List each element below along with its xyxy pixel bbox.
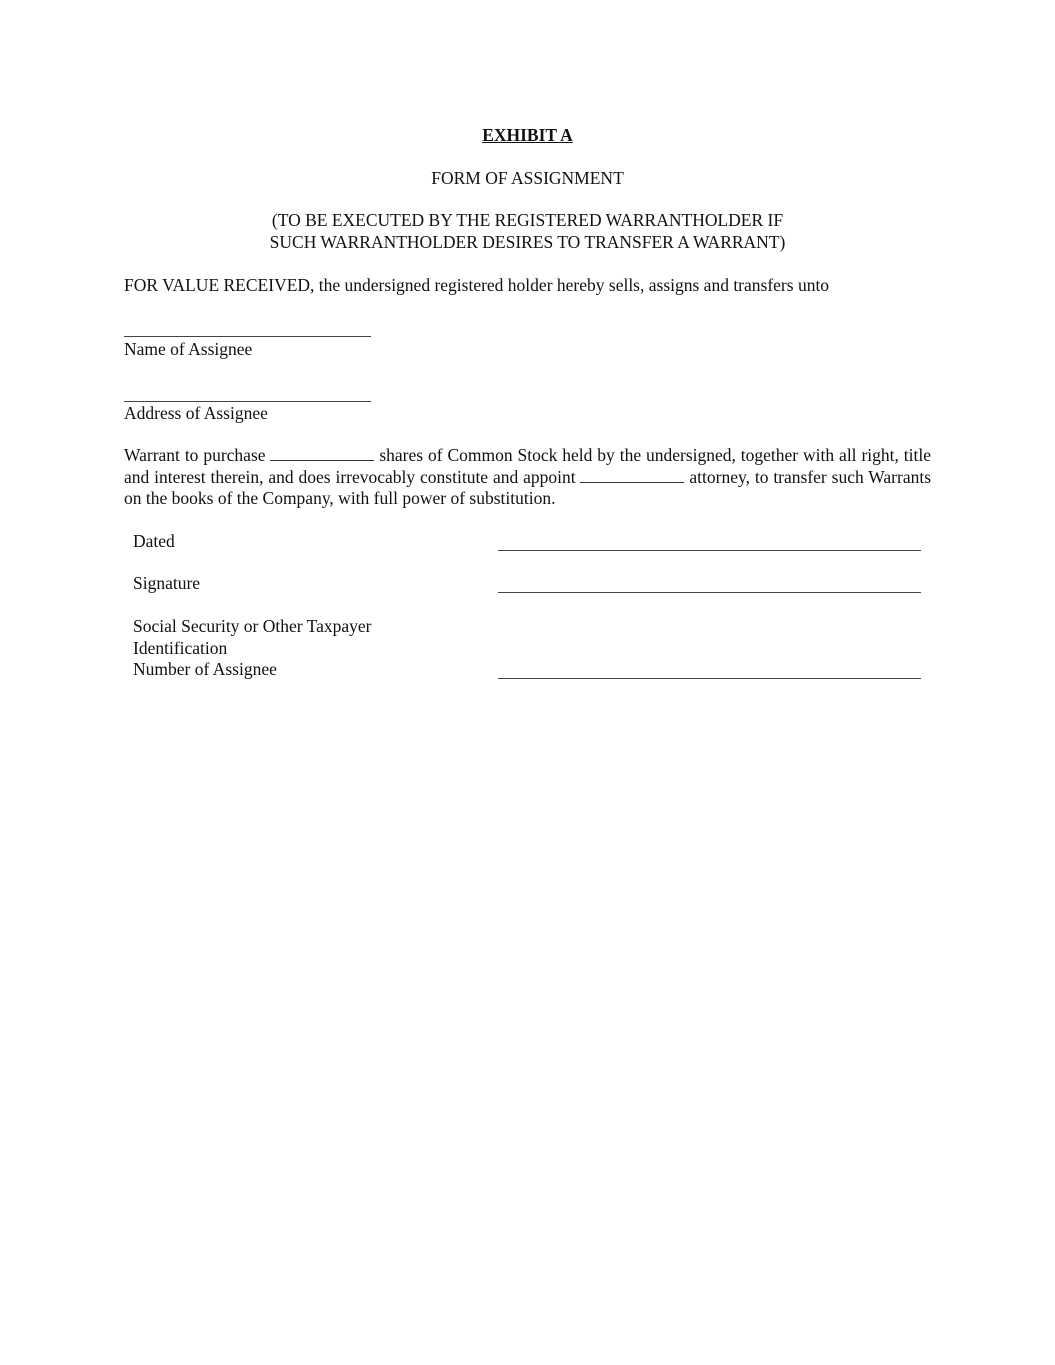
- taxpayer-label-line-2: Identification: [133, 638, 227, 660]
- dated-line[interactable]: [498, 550, 921, 551]
- assignee-name-line[interactable]: [124, 336, 371, 337]
- taxpayer-label-line-1: Social Security or Other Taxpayer: [133, 616, 372, 638]
- taxpayer-label-line-3: Number of Assignee: [133, 659, 277, 681]
- attorney-blank[interactable]: [580, 468, 684, 483]
- taxpayer-id-line[interactable]: [498, 678, 921, 679]
- shares-blank[interactable]: [270, 446, 374, 461]
- warrant-text-part1: Warrant to purchase: [124, 445, 266, 465]
- instruction-line-2: SUCH WARRANTHOLDER DESIRES TO TRANSFER A…: [0, 231, 1055, 253]
- signature-label: Signature: [133, 573, 200, 595]
- assignee-name-label: Name of Assignee: [124, 338, 252, 360]
- form-title: FORM OF ASSIGNMENT: [0, 167, 1055, 189]
- signature-line[interactable]: [498, 592, 921, 593]
- warrant-paragraph: Warrant to purchase shares of Common Sto…: [124, 445, 931, 510]
- assignee-address-label: Address of Assignee: [124, 402, 268, 424]
- exhibit-heading: EXHIBIT A: [0, 124, 1055, 146]
- intro-paragraph: FOR VALUE RECEIVED, the undersigned regi…: [124, 274, 829, 296]
- instruction-line-1: (TO BE EXECUTED BY THE REGISTERED WARRAN…: [0, 209, 1055, 231]
- dated-label: Dated: [133, 531, 175, 553]
